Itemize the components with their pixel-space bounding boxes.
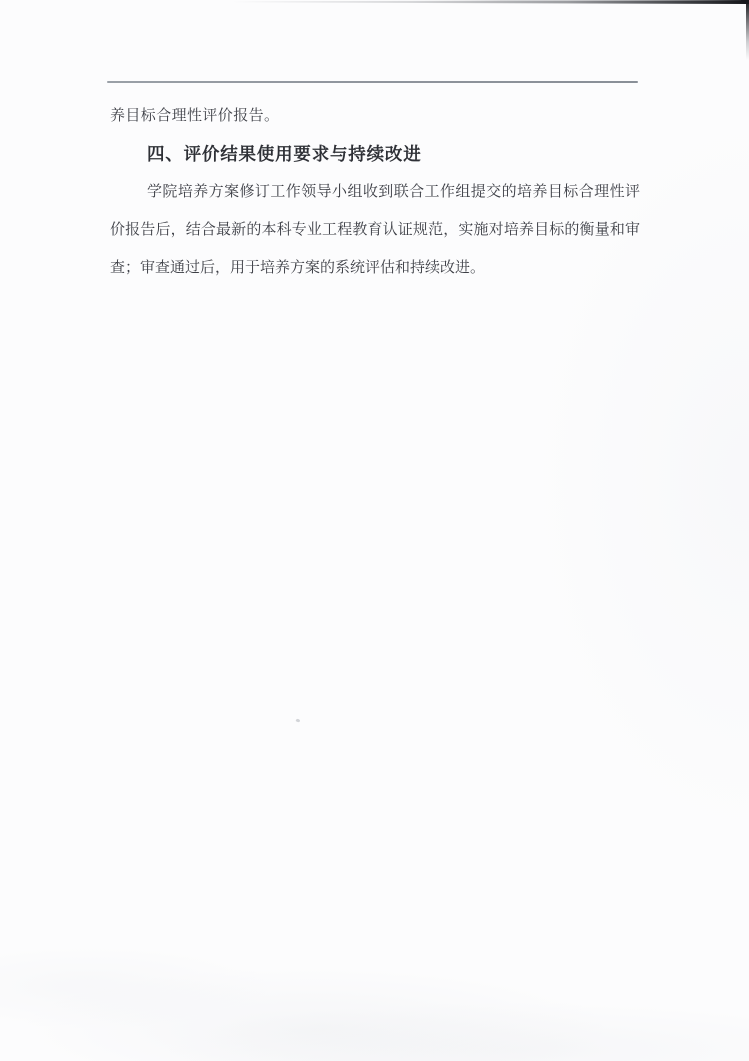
paragraph-line-3: 查；审查通过后，用于培养方案的系统评估和持续改进。 xyxy=(110,249,640,287)
paragraph-continuation-line: 养目标合理性评价报告。 xyxy=(110,97,640,135)
paragraph-line-2: 价报告后，结合最新的本科专业工程教育认证规范，实施对培养目标的衡量和审 xyxy=(110,211,640,249)
header-rule xyxy=(107,81,638,83)
scan-speck-artifact xyxy=(296,718,301,722)
scanned-document-page: 养目标合理性评价报告。 四、评价结果使用要求与持续改进 学院培养方案修订工作领导… xyxy=(0,0,749,1061)
section-heading: 四、评价结果使用要求与持续改进 xyxy=(110,135,640,173)
document-content: 养目标合理性评价报告。 四、评价结果使用要求与持续改进 学院培养方案修订工作领导… xyxy=(110,97,640,287)
scan-artifact-top-edge xyxy=(230,0,749,5)
paragraph-line-1: 学院培养方案修订工作领导小组收到联合工作组提交的培养目标合理性评 xyxy=(110,173,640,211)
